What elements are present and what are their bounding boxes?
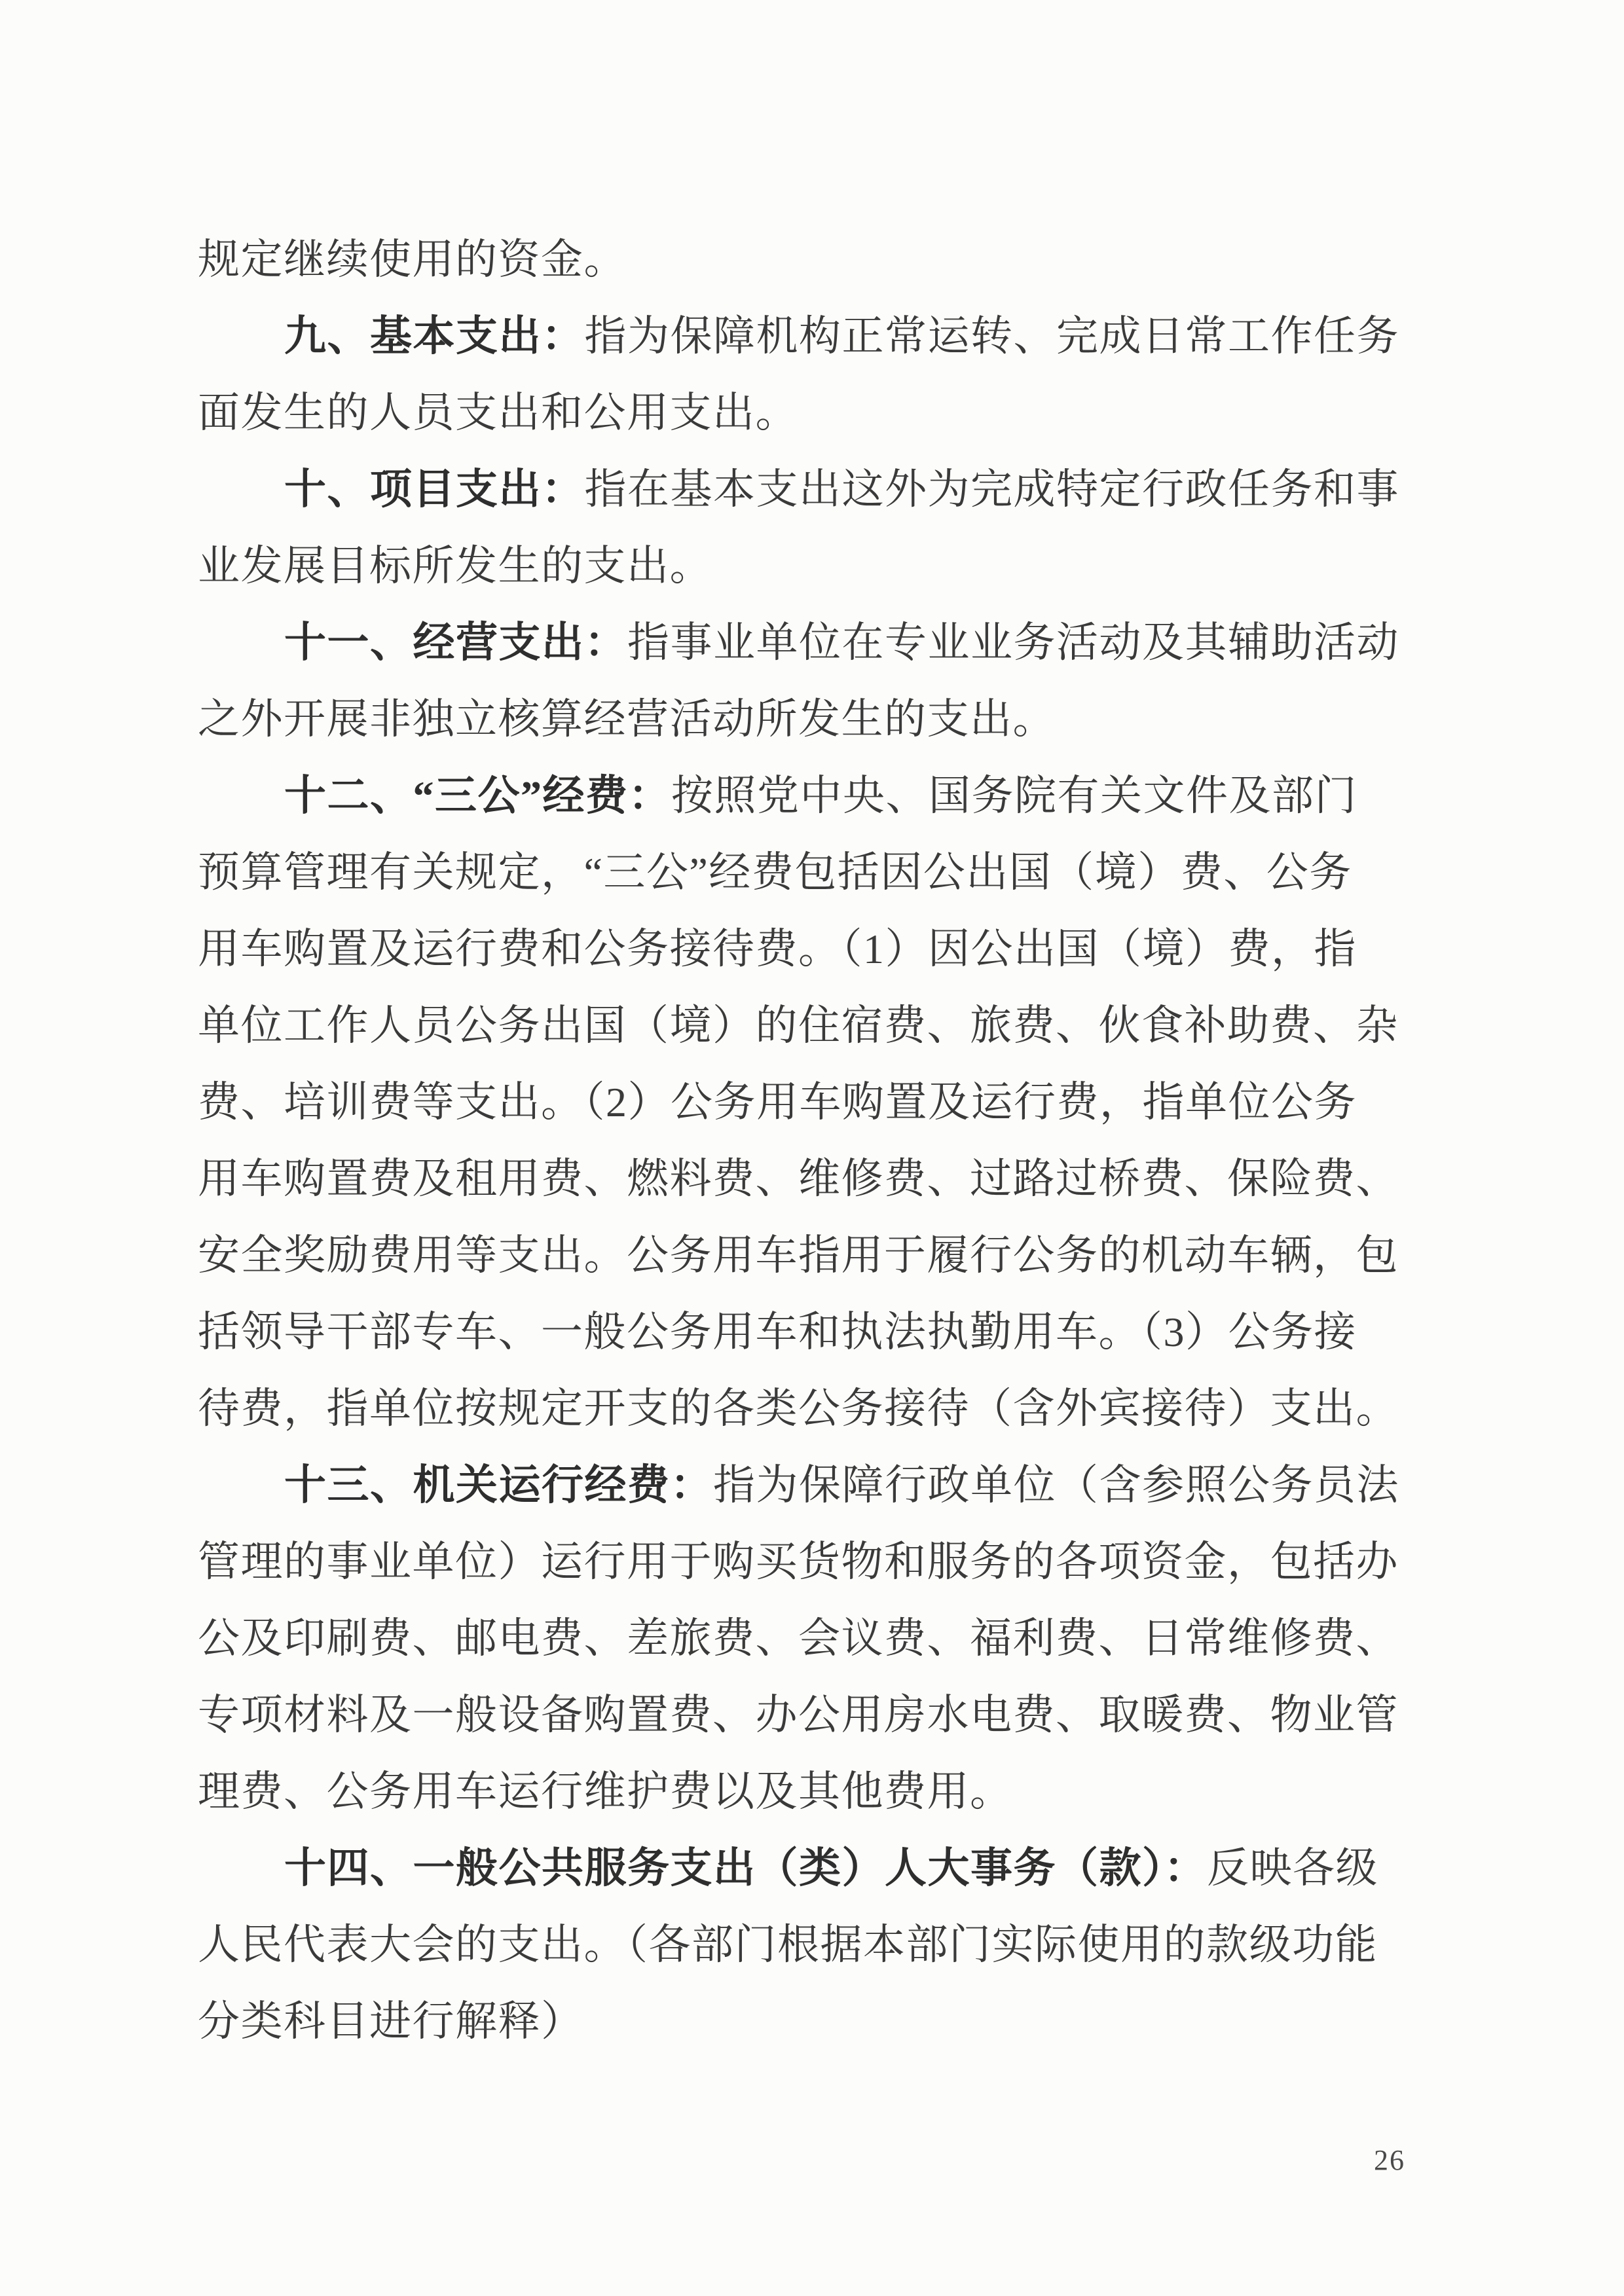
paragraph-indent: [198, 809, 284, 810]
text-block: 规定继续使用的资金。九、基本支出：指为保障机构正常运转、完成日常工作任务面发生的…: [198, 221, 1406, 2060]
term-label: 十、项目支出：: [284, 466, 585, 513]
line-text: 理费、公务用车运行维护费以及其他费用。: [198, 1768, 1013, 1815]
line-text: 指在基本支出这外为完成特定行政任务和事: [585, 466, 1400, 513]
line-text: 人民代表大会的支出。（各部门根据本部门实际使用的款级功能: [198, 1922, 1378, 1968]
text-line: 管理的事业单位）运行用于购买货物和服务的各项资金，包括办: [198, 1523, 1406, 1600]
line-text: 规定继续使用的资金。: [198, 236, 627, 283]
text-line: 待费，指单位按规定开支的各类公务接待（含外宾接待）支出。: [198, 1370, 1406, 1447]
text-line: 括领导干部专车、一般公务用车和执法执勤用车。（3）公务接: [198, 1294, 1406, 1370]
paragraph-indent: [198, 656, 284, 657]
paragraph-indent: [198, 1882, 284, 1882]
line-text: 面发生的人员支出和公用支出。: [198, 390, 798, 436]
paragraph-indent: [198, 1499, 284, 1499]
text-line: 十三、机关运行经费：指为保障行政单位（含参照公务员法: [198, 1447, 1406, 1523]
line-text: 指事业单位在专业业务活动及其辅助活动: [627, 619, 1399, 666]
text-line: 人民代表大会的支出。（各部门根据本部门实际使用的款级功能: [198, 1906, 1406, 1983]
text-line: 规定继续使用的资金。: [198, 221, 1406, 298]
line-text: 用车购置费及租用费、燃料费、维修费、过路过桥费、保险费、: [198, 1156, 1399, 1202]
line-text: 按照党中央、国务院有关文件及部门: [671, 773, 1357, 819]
text-line: 公及印刷费、邮电费、差旅费、会议费、福利费、日常维修费、: [198, 1600, 1406, 1677]
text-line: 十、项目支出：指在基本支出这外为完成特定行政任务和事: [198, 451, 1406, 528]
text-line: 专项材料及一般设备购置费、办公用房水电费、取暖费、物业管: [198, 1677, 1406, 1753]
document-page: 规定继续使用的资金。九、基本支出：指为保障机构正常运转、完成日常工作任务面发生的…: [0, 0, 1624, 2296]
text-line: 之外开展非独立核算经营活动所发生的支出。: [198, 681, 1406, 757]
line-text: 反映各级: [1207, 1845, 1378, 1891]
line-text: 费、培训费等支出。（2）公务用车购置及运行费，指单位公务: [198, 1079, 1357, 1125]
line-text: 指为保障行政单位（含参照公务员法: [713, 1462, 1399, 1508]
text-line: 九、基本支出：指为保障机构正常运转、完成日常工作任务: [198, 298, 1406, 374]
line-text: 公及印刷费、邮电费、差旅费、会议费、福利费、日常维修费、: [198, 1615, 1399, 1662]
line-text: 用车购置及运行费和公务接待费。（1）因公出国（境）费，指: [198, 926, 1357, 972]
line-text: 分类科目进行解释）: [198, 1998, 584, 2045]
term-label: 十三、机关运行经费：: [284, 1462, 713, 1508]
text-line: 用车购置费及租用费、燃料费、维修费、过路过桥费、保险费、: [198, 1140, 1406, 1217]
line-text: 预算管理有关规定，“三公”经费包括因公出国（境）费、公务: [198, 849, 1352, 896]
text-line: 十二、“三公”经费：按照党中央、国务院有关文件及部门: [198, 757, 1406, 834]
line-text: 管理的事业单位）运行用于购买货物和服务的各项资金，包括办: [198, 1539, 1399, 1585]
text-line: 理费、公务用车运行维护费以及其他费用。: [198, 1753, 1406, 1830]
line-text: 单位工作人员公务出国（境）的住宿费、旅费、伙食补助费、杂: [198, 1002, 1399, 1049]
line-text: 专项材料及一般设备购置费、办公用房水电费、取暖费、物业管: [198, 1692, 1399, 1738]
term-label: 十四、一般公共服务支出（类）人大事务（款）：: [284, 1845, 1207, 1891]
text-line: 预算管理有关规定，“三公”经费包括因公出国（境）费、公务: [198, 834, 1406, 911]
text-line: 安全奖励费用等支出。公务用车指用于履行公务的机动车辆，包: [198, 1217, 1406, 1294]
paragraph-indent: [198, 503, 284, 503]
term-label: 十一、经营支出：: [284, 619, 627, 666]
page-number: 26: [1374, 2145, 1405, 2176]
text-line: 分类科目进行解释）: [198, 1983, 1406, 2060]
term-label: 九、基本支出：: [284, 313, 585, 359]
text-line: 十一、经营支出：指事业单位在专业业务活动及其辅助活动: [198, 604, 1406, 681]
text-line: 面发生的人员支出和公用支出。: [198, 374, 1406, 451]
text-line: 费、培训费等支出。（2）公务用车购置及运行费，指单位公务: [198, 1064, 1406, 1140]
text-line: 单位工作人员公务出国（境）的住宿费、旅费、伙食补助费、杂: [198, 987, 1406, 1064]
text-line: 用车购置及运行费和公务接待费。（1）因公出国（境）费，指: [198, 911, 1406, 987]
line-text: 括领导干部专车、一般公务用车和执法执勤用车。（3）公务接: [198, 1309, 1357, 1355]
line-text: 之外开展非独立核算经营活动所发生的支出。: [198, 696, 1056, 742]
line-text: 指为保障机构正常运转、完成日常工作任务: [585, 313, 1400, 359]
text-line: 业发展目标所发生的支出。: [198, 528, 1406, 604]
line-text: 待费，指单位按规定开支的各类公务接待（含外宾接待）支出。: [198, 1385, 1399, 1432]
text-line: 十四、一般公共服务支出（类）人大事务（款）：反映各级: [198, 1830, 1406, 1906]
line-text: 安全奖励费用等支出。公务用车指用于履行公务的机动车辆，包: [198, 1232, 1399, 1279]
term-label: 十二、“三公”经费：: [284, 773, 671, 819]
line-text: 业发展目标所发生的支出。: [198, 543, 712, 589]
paragraph-indent: [198, 350, 284, 350]
